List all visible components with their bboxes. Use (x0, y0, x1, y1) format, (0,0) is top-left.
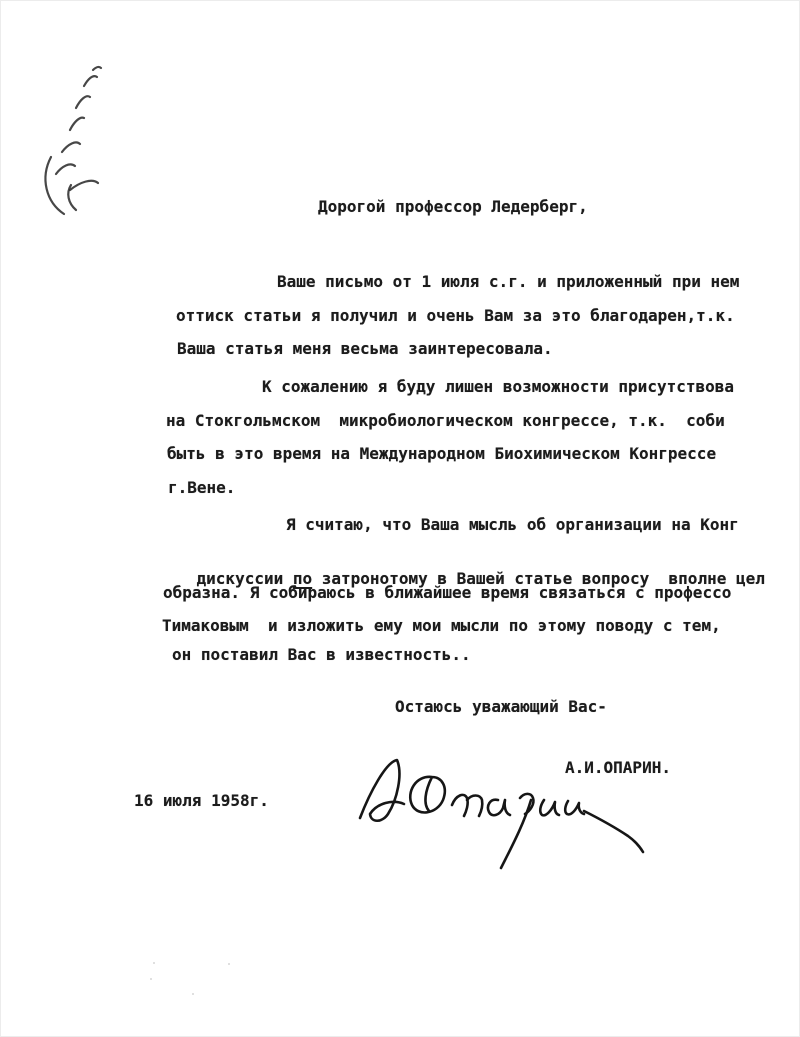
closing-line: Остаюсь уважающий Вас- (395, 697, 607, 717)
scan-speckle (150, 978, 152, 980)
paragraph3-line3: образна. Я собираюсь в ближайшее время с… (163, 583, 731, 603)
scanned-letter-page: Дорогой профессор Ледерберг, Ваше письмо… (0, 0, 800, 1037)
scan-speckle (192, 993, 194, 995)
paragraph2-line3: быть в это время на Международном Биохим… (167, 444, 716, 464)
paragraph3-line5: он поставил Вас в известность.. (172, 645, 471, 665)
date-line: 16 июля 1958г. (134, 791, 269, 811)
scan-speckle (153, 962, 155, 964)
paragraph2-line1: К сожалению я буду лишен возможности при… (262, 377, 734, 397)
greeting-line: Дорогой профессор Ледерберг, (318, 197, 588, 217)
paragraph1-line1: Ваше письмо от 1 июля с.г. и приложенный… (277, 272, 739, 292)
scan-speckle (228, 963, 230, 965)
handwritten-corner-mark (18, 62, 122, 220)
paragraph3-line4: Тимаковым и изложить ему мои мысли по эт… (162, 616, 721, 636)
handwritten-signature (352, 748, 652, 878)
paragraph1-line3: Ваша статья меня весьма заинтересовала. (177, 339, 553, 359)
paragraph1-line2: оттиск статьи я получил и очень Вам за э… (176, 306, 735, 326)
paragraph2-line4: г.Вене. (168, 478, 235, 498)
paragraph3-line1: Я считаю, что Ваша мысль об организации … (286, 515, 739, 535)
paragraph2-line2: на Стокгольмском микробиологическом конг… (166, 411, 725, 431)
